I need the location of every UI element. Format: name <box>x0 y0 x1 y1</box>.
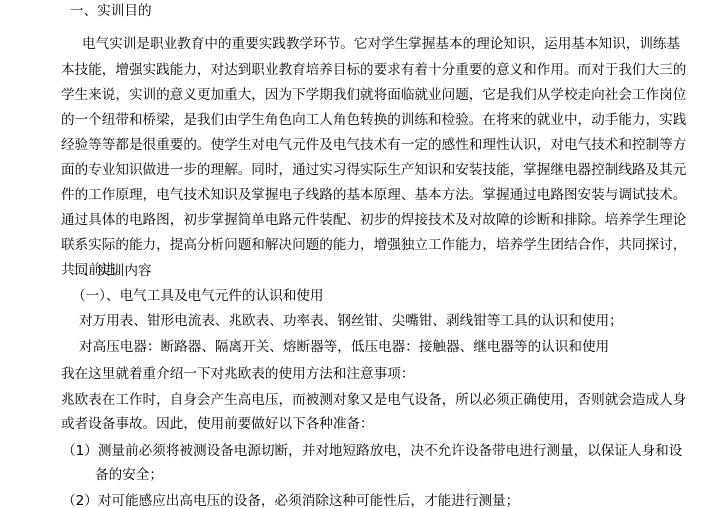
list-item: 对万用表、钳形电流表、兆欧表、功率表、钢丝钳、尖嘴钳、剥线钳等工具的认识和使用； <box>79 313 623 329</box>
list-item: 对高压电器：断路器、隔离开关、熔断器等，低压电器：接触器、继电器等的认识和使用 <box>79 339 609 355</box>
paragraph-line: 面的专业知识做进一步的理解。同时，通过实习得实际生产知识和安装技能，掌握继电器控… <box>61 162 637 178</box>
paragraph-line: 本技能，增强实践能力，对达到职业教育培养目标的要求有着十分重要的意义和作用。而对… <box>61 62 637 78</box>
paragraph-line: 件的工作原理，电气技术知识及掌握电子线路的基本原理、基本方法。掌握通过电路图安装… <box>61 187 637 203</box>
paragraph-line: 电气实训是职业教育中的重要实践教学环节。它对学生掌握基本的理论知识，运用基本知识… <box>82 36 637 52</box>
megger-line: 或者设备事故。因此，使用前要做好以下各种准备： <box>61 416 374 432</box>
step-line: 备的安全； <box>95 467 163 483</box>
section2-heading: 二、实训内容 <box>70 263 152 279</box>
paragraph-line: 经验等等都是很重要的。使学生对电气元件及电气技术有一定的感性和理性认识，对电气技… <box>61 137 637 153</box>
paragraph-line: 的一个纽带和桥梁，是我们由学生角色向工人角色转换的训练和检验。在将来的就业中，动… <box>61 112 637 128</box>
step-line: （2）对可能感应出高电压的设备，必须消除这种可能性后，才能进行测量； <box>62 493 519 508</box>
paragraph-line: 通过具体的电路图，初步掌握简单电路元件装配、初步的焊接技术及对故障的诊断和排除。… <box>61 212 637 228</box>
intro-text: 我在这里就着重介绍一下对兆欧表的使用方法和注意事项： <box>61 366 414 382</box>
megger-line: 兆欧表在工作时，自身会产生高电压，而被测对象又是电气设备，所以必须正确使用，否则… <box>61 392 637 408</box>
paragraph-line: 学生来说，实训的意义更加重大，因为下学期我们就将面临就业问题，它是我们从学校走向… <box>61 87 637 103</box>
section1-heading: 一、实训目的 <box>70 3 152 19</box>
paragraph-line: 联系实际的能力，提高分析问题和解决问题的能力，增强独立工作能力，培养学生团结合作… <box>61 237 637 253</box>
step-line: （1）测量前必须将被测设备电源切断，并对地短路放电，决不允许设备带电进行测量，以… <box>62 443 637 459</box>
section2-subheading: （一）、电气工具及电气元件的认识和使用 <box>72 288 323 304</box>
